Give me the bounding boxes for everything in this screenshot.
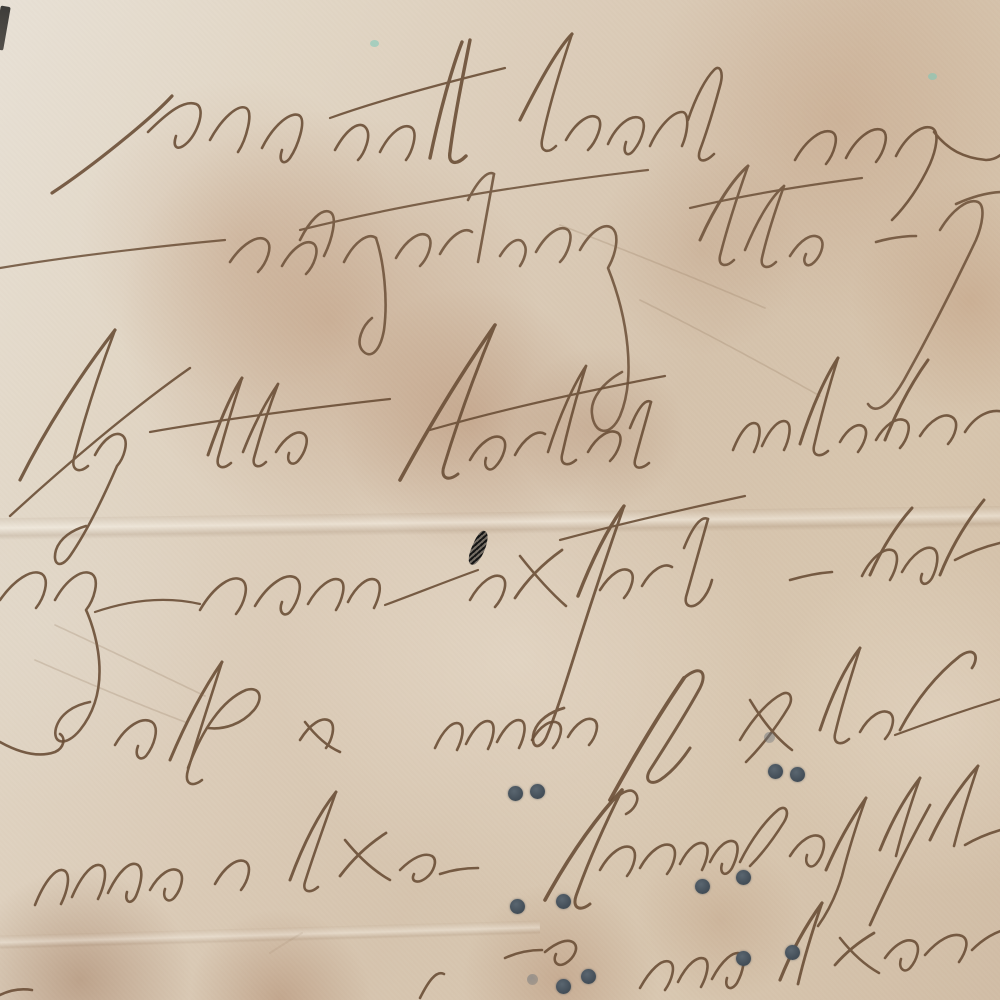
handwriting-line-3 [10,325,1000,564]
letter-photo: have not heard any respecting the — by t… [0,0,1000,1000]
pin-hole [530,784,545,799]
pin-hole [510,899,525,914]
pin-hole [790,767,805,782]
pin-hole [785,945,800,960]
pin-hole [736,951,751,966]
pin-hole [695,879,710,894]
teal-speck [928,73,937,80]
teal-speck [370,40,379,47]
pin-hole-faint [527,974,538,985]
handwriting-line-7 [0,903,1000,998]
pin-hole [508,786,523,801]
pin-hole [556,979,571,994]
pin-hole-faint [764,732,775,743]
pin-hole [581,969,596,984]
handwriting-line-5 [0,648,1000,800]
pin-hole [768,764,783,779]
handwriting-line-2 [0,166,1000,431]
handwriting-line-1 [52,34,1000,220]
pin-hole [556,894,571,909]
handwriting-layer [0,0,1000,1000]
pin-hole [736,870,751,885]
